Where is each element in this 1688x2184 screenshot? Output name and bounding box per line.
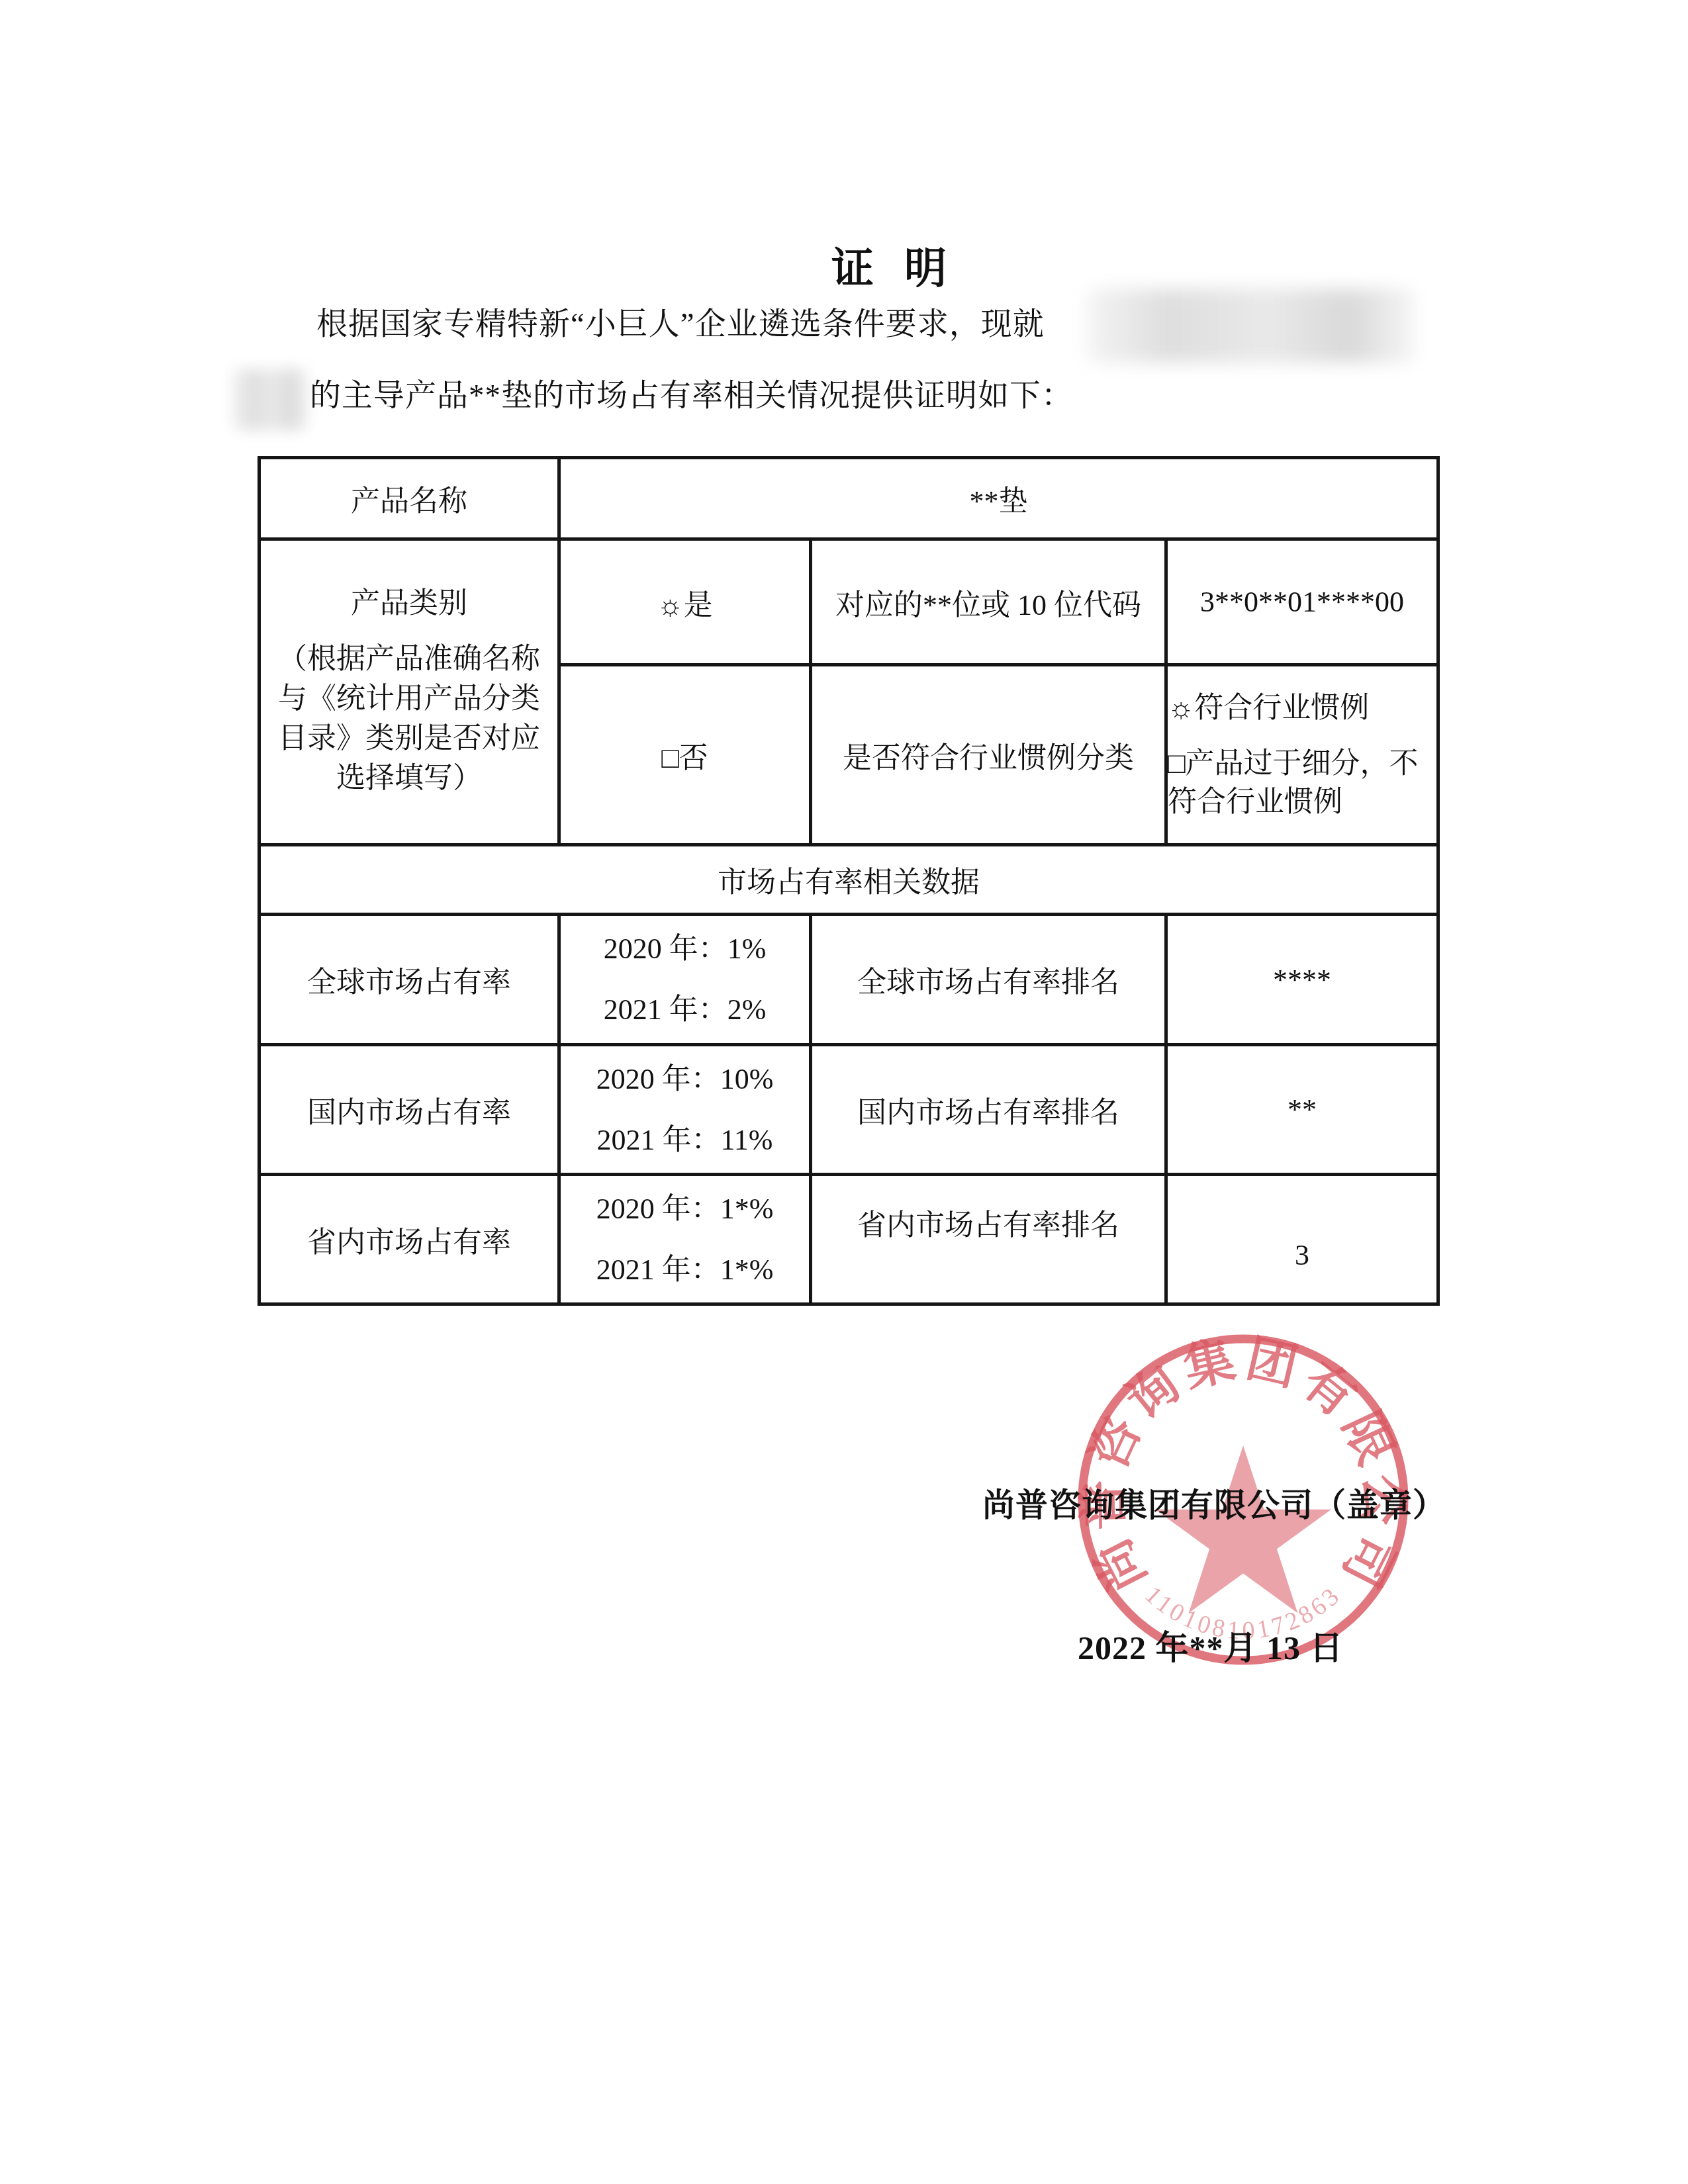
row-values-domestic: 2020 年：10% 2021 年：11% <box>559 1045 811 1175</box>
row-label-province: 省内市场占有率 <box>259 1175 559 1304</box>
rank-value-global: **** <box>1166 915 1438 1045</box>
product-name-label: 产品名称 <box>259 458 559 539</box>
row-label-domestic: 国内市场占有率 <box>259 1045 559 1175</box>
section-header: 市场占有率相关数据 <box>259 845 1438 915</box>
value-2020: 2020 年：1*% <box>596 1193 774 1225</box>
stamp-star <box>1155 1445 1331 1613</box>
product-category-note: （根据产品准确名称与《统计用产品分类目录》类别是否对应选择填写） <box>261 639 557 798</box>
industry-options-cell: ☼符合行业惯例 □产品过于细分，不符合行业惯例 <box>1166 665 1438 845</box>
rank-label-global: 全球市场占有率排名 <box>811 915 1166 1045</box>
rank-label-province-text: 省内市场占有率排名 <box>857 1209 1119 1242</box>
code-value: 3**0**01****00 <box>1166 539 1438 665</box>
intro-line-2: 的主导产品**垫的市场占有率相关情况提供证明如下： <box>310 377 1073 414</box>
intro-line-1: 根据国家专精特新“小巨人”企业遴选条件要求，现就 <box>316 306 1045 343</box>
page-title: 证 明 <box>831 234 948 295</box>
industry-option-1: ☼符合行业惯例 <box>1168 689 1436 727</box>
product-category-cell: 产品类别 （根据产品准确名称与《统计用产品分类目录》类别是否对应选择填写） <box>259 539 559 845</box>
rank-label-domestic: 国内市场占有率排名 <box>811 1045 1166 1175</box>
signature-date: 2022 年**月 13 日 <box>1078 1621 1344 1669</box>
product-name-value: **垫 <box>559 458 1438 539</box>
industry-option-2: □产品过于细分，不符合行业惯例 <box>1168 745 1436 821</box>
market-share-table: 产品名称 **垫 产品类别 （根据产品准确名称与《统计用产品分类目录》类别是否对… <box>258 456 1440 1306</box>
option-yes: ☼是 <box>559 539 811 665</box>
value-2021: 2021 年：11% <box>596 1124 773 1156</box>
value-2021: 2021 年：2% <box>604 993 767 1026</box>
rank-value-province: 3 <box>1166 1175 1438 1304</box>
code-label: 对应的**位或 10 位代码 <box>811 539 1166 665</box>
industry-label: 是否符合行业惯例分类 <box>811 665 1166 845</box>
row-values-province: 2020 年：1*% 2021 年：1*% <box>559 1175 811 1304</box>
row-label-global: 全球市场占有率 <box>259 915 559 1045</box>
option-no: □否 <box>559 665 811 845</box>
rank-value-province-text: 3 <box>1295 1239 1309 1271</box>
value-2020: 2020 年：1% <box>604 933 767 965</box>
redaction-company-short <box>232 369 308 430</box>
value-2021: 2021 年：1*% <box>596 1253 774 1286</box>
row-values-global: 2020 年：1% 2021 年：2% <box>559 915 811 1045</box>
redaction-company-name <box>1087 289 1415 363</box>
rank-value-domestic: ** <box>1166 1045 1438 1175</box>
product-category-title: 产品类别 <box>261 586 557 621</box>
rank-label-province: 省内市场占有率排名 <box>811 1175 1166 1304</box>
signature-company: 尚普咨询集团有限公司（盖章） <box>982 1480 1446 1526</box>
value-2020: 2020 年：10% <box>596 1063 774 1095</box>
document-page: 证 明 根据国家专精特新“小巨人”企业遴选条件要求，现就 的主导产品**垫的市场… <box>0 0 1688 2184</box>
